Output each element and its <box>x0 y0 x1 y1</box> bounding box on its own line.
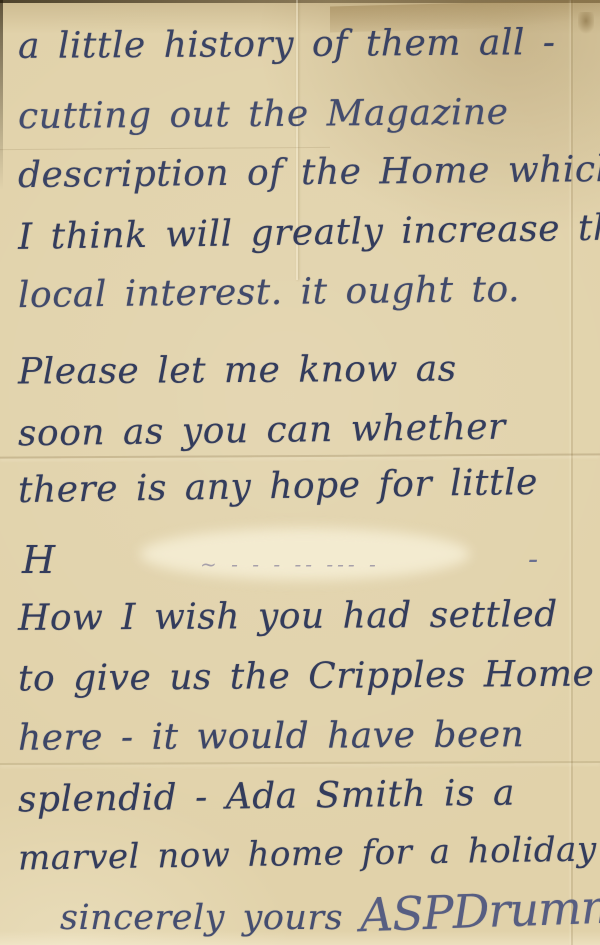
letter-page: a little history of them all - cutting o… <box>0 0 600 945</box>
letter-line: cutting out the Magazine <box>18 92 509 137</box>
letter-line: soon as you can whether <box>18 407 506 455</box>
letter-line: to give us the Cripples Home <box>18 653 595 699</box>
right-fold-crease <box>571 0 573 945</box>
letter-line: a little history of them all - <box>18 22 556 67</box>
letter-line: description of the Home which <box>18 149 600 196</box>
letter-line: marvel now home for a holiday <box>18 829 597 878</box>
letter-line: local interest. it ought to. <box>18 269 520 316</box>
horizontal-crease-upper <box>0 453 600 458</box>
letter-line: How I wish you had settled <box>18 594 558 639</box>
redacted-name-line: H ~ - - - -- --- - - <box>0 538 600 594</box>
letter-line: Please let me know as <box>18 348 457 392</box>
signature: ASPDrummond. <box>359 876 600 943</box>
letter-line: there is any hope for little <box>18 462 538 511</box>
left-edge-shadow <box>0 0 3 190</box>
tear-notch <box>578 12 594 34</box>
letter-line: here - it would have been <box>18 714 525 759</box>
erased-name-dashes: ~ - - - -- --- - <box>200 552 380 576</box>
horizontal-crease-faint <box>0 147 330 150</box>
valediction: sincerely yours <box>60 898 343 938</box>
letter-line: splendid - Ada Smith is a <box>18 773 515 821</box>
letter-line: I think will greatly increase the <box>18 207 600 258</box>
closing-line: sincerely yours ASPDrummond. <box>60 886 600 940</box>
horizontal-crease-lower <box>0 761 600 765</box>
redacted-name-initial: H <box>22 538 55 582</box>
redaction-end-dash: - <box>528 542 538 577</box>
